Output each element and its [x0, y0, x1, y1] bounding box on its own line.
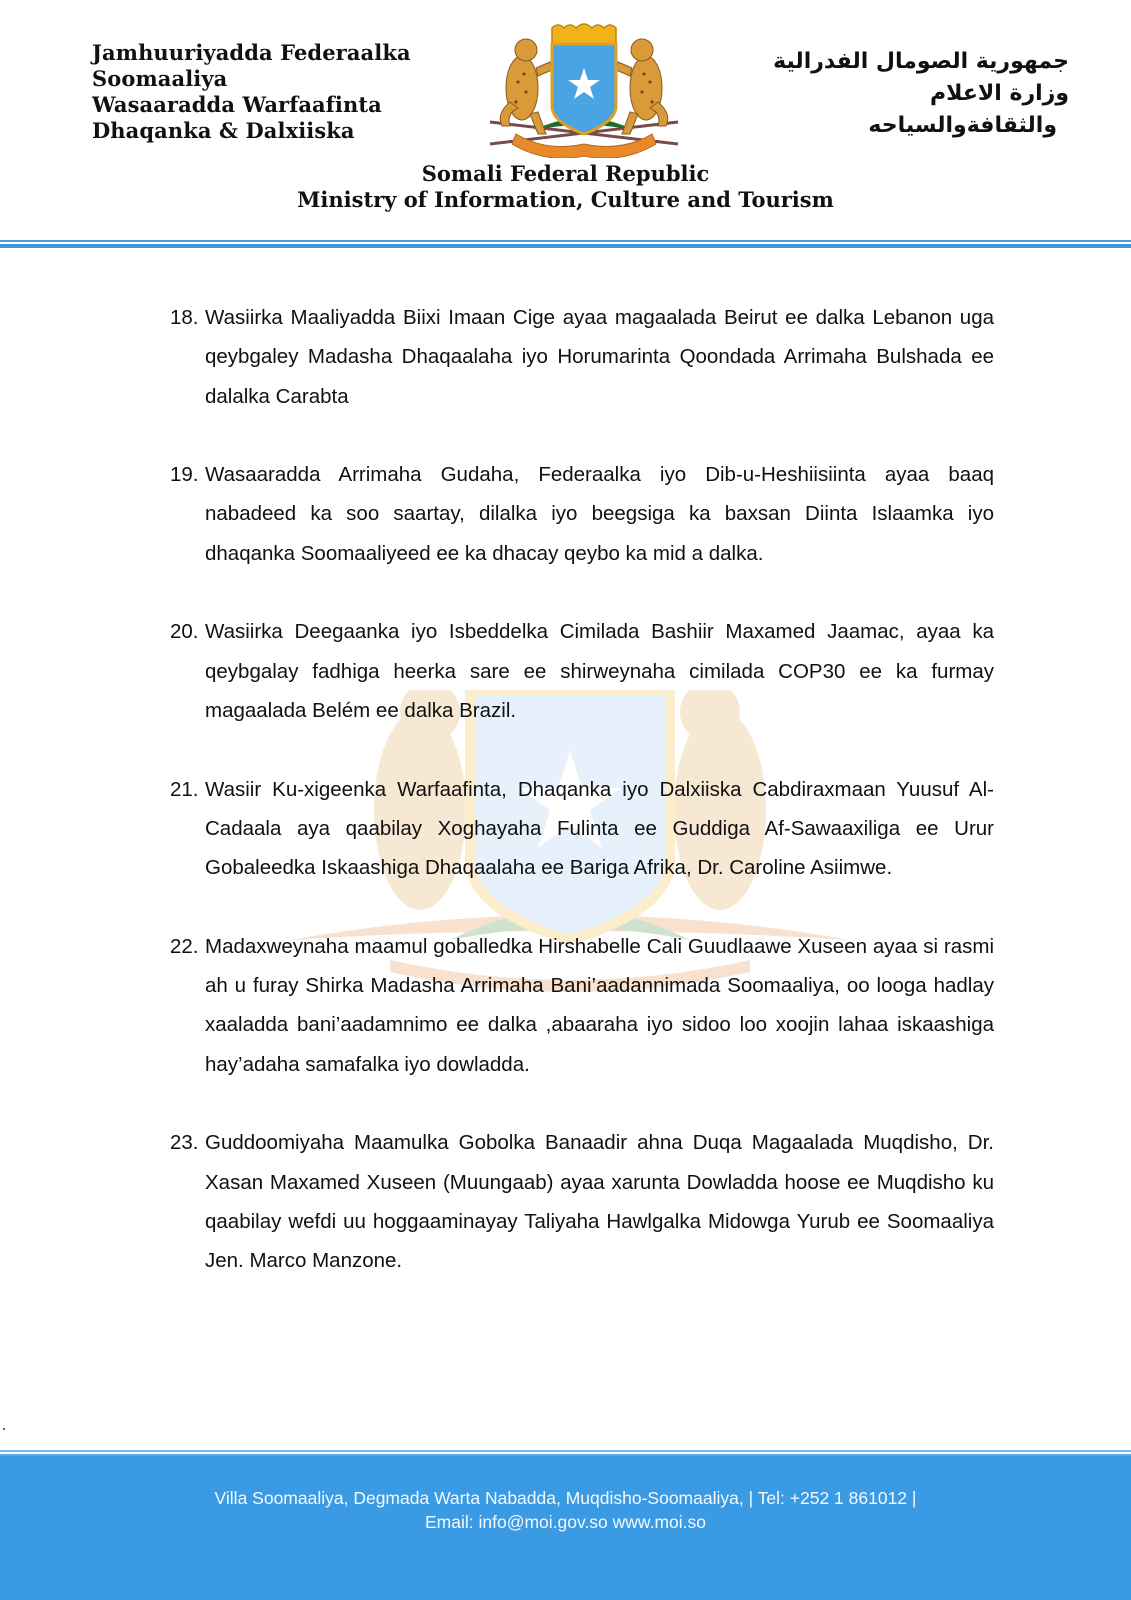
item-text: Wasiir Ku-xigeenka Warfaafinta, Dhaqanka…	[205, 778, 994, 880]
header-right-line: والثقافةوالسياحه	[773, 110, 1057, 142]
item-text: Madaxweynaha maamul goballedka Hirshabel…	[205, 935, 994, 1076]
item-number: 22.	[170, 927, 199, 966]
list-item: 19. Wasaaradda Arrimaha Gudaha, Federaal…	[170, 455, 994, 573]
list-item: 22. Madaxweynaha maamul goballedka Hirsh…	[170, 927, 994, 1084]
header-subtitle: Ministry of Information, Culture and Tou…	[0, 187, 1131, 213]
header-right-line: جمهورية الصومال الفدرالية	[773, 46, 1069, 78]
header-arabic-ministry-name: جمهورية الصومال الفدرالية وزارة الاعلام …	[773, 46, 1069, 142]
list-item: 20. Wasiirka Deegaanka iyo Isbeddelka Ci…	[170, 612, 994, 730]
header-right-line: وزارة الاعلام	[773, 78, 1069, 110]
header-left-line: Wasaaradda Warfaafinta	[92, 92, 411, 118]
item-text: Wasiirka Deegaanka iyo Isbeddelka Cimila…	[205, 620, 994, 722]
stray-dot	[3, 1428, 5, 1430]
footer-email-website: Email: info@moi.gov.so www.moi.so	[0, 1510, 1131, 1534]
list-item: 21. Wasiir Ku-xigeenka Warfaafinta, Dhaq…	[170, 770, 994, 888]
item-text: Wasiirka Maaliyadda Biixi Imaan Cige aya…	[205, 306, 994, 408]
footer-contact: Villa Soomaaliya, Degmada Warta Nabadda,…	[0, 1486, 1131, 1534]
list-item: 23. Guddoomiyaha Maamulka Gobolka Banaad…	[170, 1123, 994, 1280]
item-number: 19.	[170, 455, 199, 494]
item-number: 21.	[170, 770, 199, 809]
header-somali-ministry-name: Jamhuuriyadda Federaalka Soomaaliya Wasa…	[92, 40, 411, 144]
header-left-line: Dhaqanka & Dalxiiska	[92, 118, 411, 144]
header-english-title: Somali Federal Republic Ministry of Info…	[0, 161, 1131, 213]
header-left-line: Jamhuuriyadda Federaalka	[92, 40, 411, 66]
item-text: Guddoomiyaha Maamulka Gobolka Banaadir a…	[205, 1131, 994, 1272]
header-divider	[0, 240, 1131, 248]
item-number: 23.	[170, 1123, 199, 1162]
item-number: 18.	[170, 298, 199, 337]
list-item: 18. Wasiirka Maaliyadda Biixi Imaan Cige…	[170, 298, 994, 416]
footer: Villa Soomaaliya, Degmada Warta Nabadda,…	[0, 1450, 1131, 1600]
header-left-line: Soomaaliya	[92, 66, 411, 92]
item-text: Wasaaradda Arrimaha Gudaha, Federaalka i…	[205, 463, 994, 565]
header-title: Somali Federal Republic	[0, 161, 1131, 187]
somalia-coat-of-arms-icon	[486, 22, 682, 158]
item-number: 20.	[170, 612, 199, 651]
news-list: 18. Wasiirka Maaliyadda Biixi Imaan Cige…	[170, 298, 994, 1320]
footer-address: Villa Soomaaliya, Degmada Warta Nabadda,…	[0, 1486, 1131, 1510]
